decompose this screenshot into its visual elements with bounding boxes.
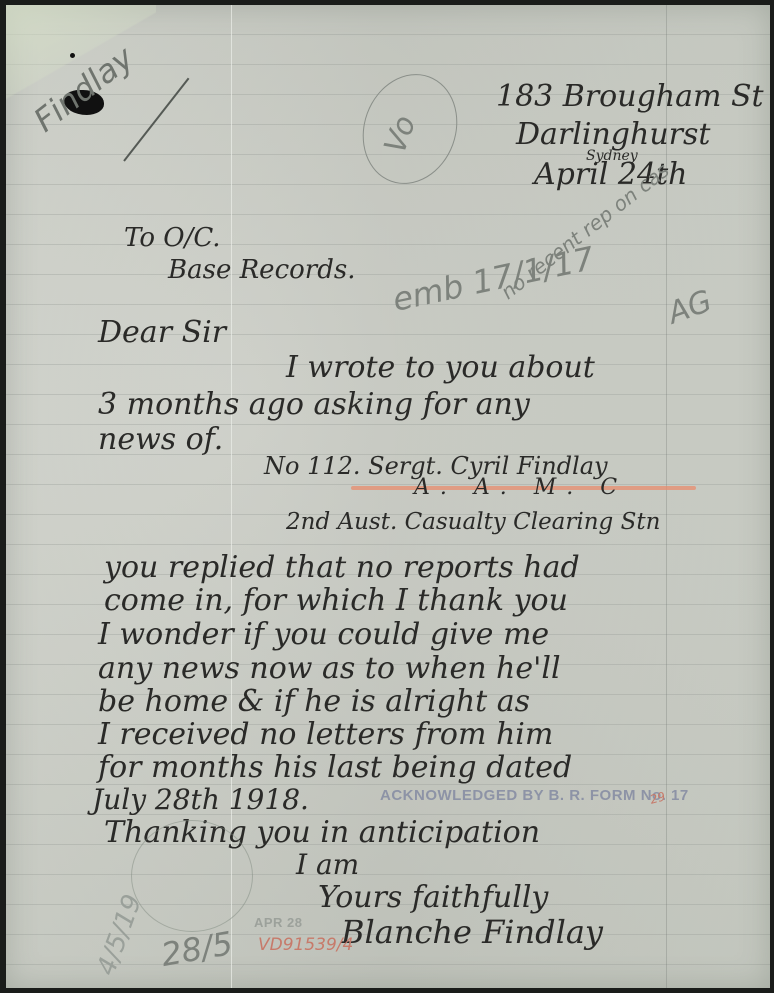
salutation: Dear Sir (98, 315, 226, 350)
closing-line-1: I am (296, 848, 359, 881)
recipient-line-1: To O/C. (124, 223, 221, 253)
recipient-line-2: Base Records. (168, 255, 355, 285)
received-stamp: APR 28 (254, 915, 303, 930)
address-line-2: Darlinghurst (516, 117, 710, 152)
body-line: for months his last being dated (98, 750, 572, 785)
body-line: I received no letters from him (98, 717, 553, 752)
body-line: I wonder if you could give me (98, 617, 549, 652)
signature: Blanche Findlay (341, 913, 603, 951)
body-line: come in, for which I thank you (104, 583, 568, 618)
body-line: I wrote to you about (286, 350, 595, 385)
body-line: you replied that no reports had (104, 550, 580, 585)
pencil-loop (131, 820, 253, 932)
annotation-initials: AG (663, 284, 716, 332)
body-line: be home & if he is alright as (98, 684, 530, 719)
body-line: any news now as to when he'll (98, 651, 561, 686)
closing-line-2: Yours faithfully (318, 880, 548, 915)
red-mark: 29 (648, 789, 666, 806)
pencil-stroke (123, 78, 189, 162)
last-letter-date: July 28th 1918. (92, 783, 309, 816)
red-reference-number: VD91539/4 (258, 935, 353, 955)
address-line-1: 183 Brougham St (496, 79, 764, 114)
soldier-unit: A. A. M. C (414, 475, 627, 500)
annotation-pencil-date: 28/5 (158, 924, 235, 974)
body-line: news of. (98, 422, 223, 457)
soldier-station: 2nd Aust. Casualty Clearing Stn (286, 509, 660, 535)
letter-paper: Findlay Vo 183 Brougham St Darlinghurst … (6, 5, 770, 988)
body-line: 3 months ago asking for any (98, 387, 530, 422)
punch-hole (70, 53, 75, 58)
fold-line (666, 5, 667, 988)
annotation-name-findlay: Findlay (27, 39, 141, 140)
acknowledged-stamp: ACKNOWLEDGED BY B. R. FORM No. 17 (380, 787, 689, 804)
annotation-faint-date: 4/5/19 (91, 891, 148, 980)
